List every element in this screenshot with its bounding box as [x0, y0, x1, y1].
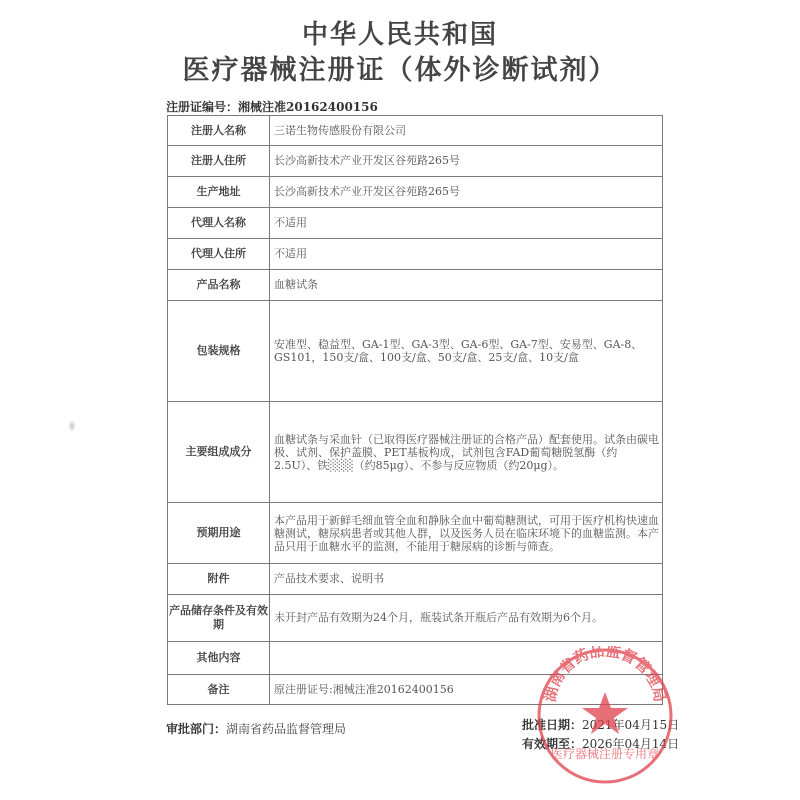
valid-until-label: 有效期至：: [522, 737, 582, 751]
row-label: 其他内容: [168, 642, 270, 675]
certificate-table: 注册人名称 三诺生物传感股份有限公司 注册人住所 长沙高新技术产业开发区谷苑路2…: [167, 115, 663, 705]
document-title: 医疗器械注册证（体外诊断试剂）: [0, 48, 800, 87]
registration-number: 注册证编号：湘械注准20162400156: [166, 98, 378, 115]
row-value: 本产品用于新鲜毛细血管全血和静脉全血中葡萄糖测试，可用于医疗机构快速血糖测试，糖…: [270, 503, 663, 564]
table-row: 其他内容: [168, 642, 663, 675]
row-value: 长沙高新技术产业开发区谷苑路265号: [270, 177, 663, 208]
valid-until: 有效期至：2026年04月14日: [522, 735, 679, 752]
row-label: 产品名称: [168, 270, 270, 301]
row-label: 备注: [168, 675, 270, 705]
row-value: 血糖试条与采血针（已取得医疗器械注册证的合格产品）配套使用。试条由碳电极、试剂、…: [270, 402, 663, 503]
table-row: 代理人名称 不适用: [168, 208, 663, 239]
table-row: 产品储存条件及有效期 未开封产品有效期为24个月，瓶装试条开瓶后产品有效期为6个…: [168, 595, 663, 642]
row-label: 注册人名称: [168, 116, 270, 146]
table-row: 预期用途 本产品用于新鲜毛细血管全血和静脉全血中葡萄糖测试，可用于医疗机构快速血…: [168, 503, 663, 564]
row-label: 包装规格: [168, 301, 270, 402]
row-value: 血糖试条: [270, 270, 663, 301]
approval-department-value: 湖南省药品监督管理局: [226, 722, 346, 736]
approval-date-label: 批准日期：: [522, 718, 582, 732]
row-value: 未开封产品有效期为24个月，瓶装试条开瓶后产品有效期为6个月。: [270, 595, 663, 642]
document-title-country: 中华人民共和国: [0, 14, 800, 51]
table-row: 产品名称 血糖试条: [168, 270, 663, 301]
row-value: 产品技术要求、说明书: [270, 564, 663, 595]
row-value: 三诺生物传感股份有限公司: [270, 116, 663, 146]
approval-department-label: 审批部门：: [166, 722, 226, 736]
scan-speck: [68, 420, 76, 432]
row-label: 代理人住所: [168, 239, 270, 270]
row-label: 注册人住所: [168, 146, 270, 177]
approval-date: 批准日期：2021年04月15日: [522, 716, 679, 733]
row-value: 不适用: [270, 208, 663, 239]
valid-until-value: 2026年04月14日: [582, 737, 679, 751]
table-row: 备注 原注册证号:湘械注准20162400156: [168, 675, 663, 705]
table-row: 代理人住所 不适用: [168, 239, 663, 270]
row-value: 不适用: [270, 239, 663, 270]
row-value: 安准型、稳益型、GA-1型、GA-3型、GA-6型、GA-7型、安易型、GA-8…: [270, 301, 663, 402]
row-label: 主要组成成分: [168, 402, 270, 503]
row-value: 原注册证号:湘械注准20162400156: [270, 675, 663, 705]
table-row: 注册人住所 长沙高新技术产业开发区谷苑路265号: [168, 146, 663, 177]
table-row: 包装规格 安准型、稳益型、GA-1型、GA-3型、GA-6型、GA-7型、安易型…: [168, 301, 663, 402]
table-row: 主要组成成分 血糖试条与采血针（已取得医疗器械注册证的合格产品）配套使用。试条由…: [168, 402, 663, 503]
table-row: 附件 产品技术要求、说明书: [168, 564, 663, 595]
row-label: 代理人名称: [168, 208, 270, 239]
row-label: 产品储存条件及有效期: [168, 595, 270, 642]
row-value: 长沙高新技术产业开发区谷苑路265号: [270, 146, 663, 177]
table-row: 生产地址 长沙高新技术产业开发区谷苑路265号: [168, 177, 663, 208]
table-row: 注册人名称 三诺生物传感股份有限公司: [168, 116, 663, 146]
approval-department: 审批部门：湖南省药品监督管理局: [166, 720, 346, 737]
row-label: 附件: [168, 564, 270, 595]
row-value: [270, 642, 663, 675]
row-label: 预期用途: [168, 503, 270, 564]
approval-date-value: 2021年04月15日: [582, 718, 679, 732]
row-label: 生产地址: [168, 177, 270, 208]
